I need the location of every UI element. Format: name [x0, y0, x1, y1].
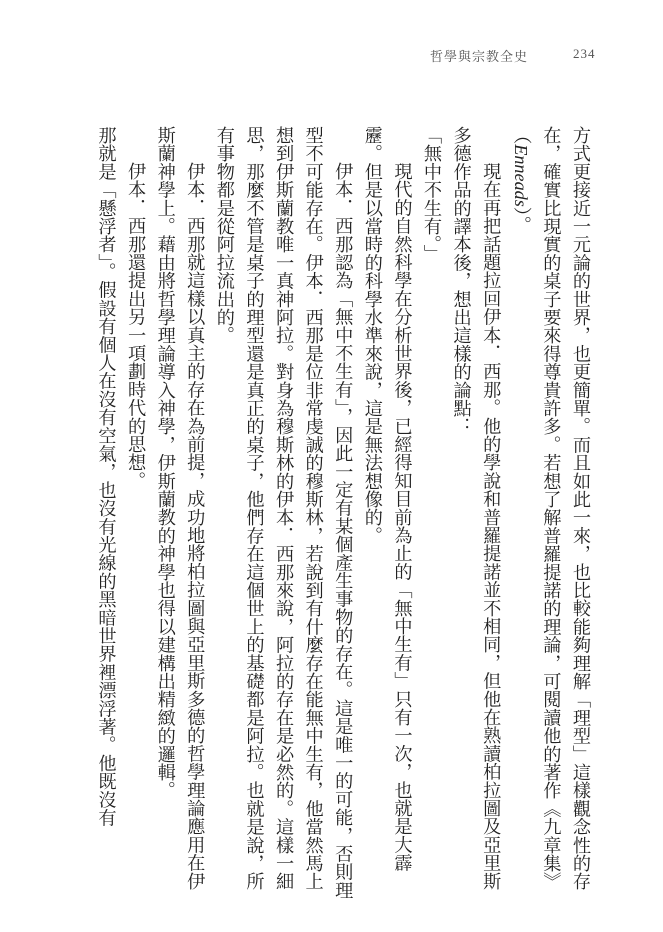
book-title: 哲學與宗教全史	[430, 50, 528, 65]
latin-title: Enneads	[511, 144, 531, 207]
book-page: 哲學與宗教全史 234 方式更接近一元論的世界，也更簡單。而且如此一來，也比較能…	[0, 0, 663, 932]
paragraph: 現代的自然科學在分析世界後，已經得知目前為止的「無中生有」只有一次，也就是大霹靂…	[357, 126, 416, 901]
paragraph: 伊本．西那就這樣以真主的存在為前提，成功地將柏拉圖與亞里斯多德的哲學理論應用在伊…	[150, 126, 209, 901]
running-header: 哲學與宗教全史 234	[430, 46, 528, 65]
paragraph: 伊本．西那還提出另一項劃時代的思想。	[121, 126, 151, 901]
page-number: 234	[573, 46, 596, 62]
paragraph: 伊本．西那認為「無中不生有」，因此一定有某個產生事物的存在。這是唯一的可能，否則…	[209, 126, 357, 901]
paragraph: 那就是「懸浮者」。假設有個人在沒有空氣，也沒有光線的黑暗世界裡漂浮著。他既沒有	[91, 126, 121, 901]
paragraph: 現在再把話題拉回伊本．西那。他的學說和普羅提諾並不相同，但他在熟讀柏拉圖及亞里斯…	[446, 126, 505, 901]
quote-heading: 「無中不生有。」	[416, 126, 446, 901]
paragraph-text-end: ）。	[511, 207, 532, 234]
paragraph-text: 方式更接近一元論的世界，也更簡單。而且如此一來，也比較能夠理解「理型」這樣觀念性…	[511, 126, 591, 890]
paragraph-continuation: 方式更接近一元論的世界，也更簡單。而且如此一來，也比較能夠理解「理型」這樣觀念性…	[505, 126, 595, 901]
vertical-body-text: 方式更接近一元論的世界，也更簡單。而且如此一來，也比較能夠理解「理型」這樣觀念性…	[91, 126, 595, 901]
